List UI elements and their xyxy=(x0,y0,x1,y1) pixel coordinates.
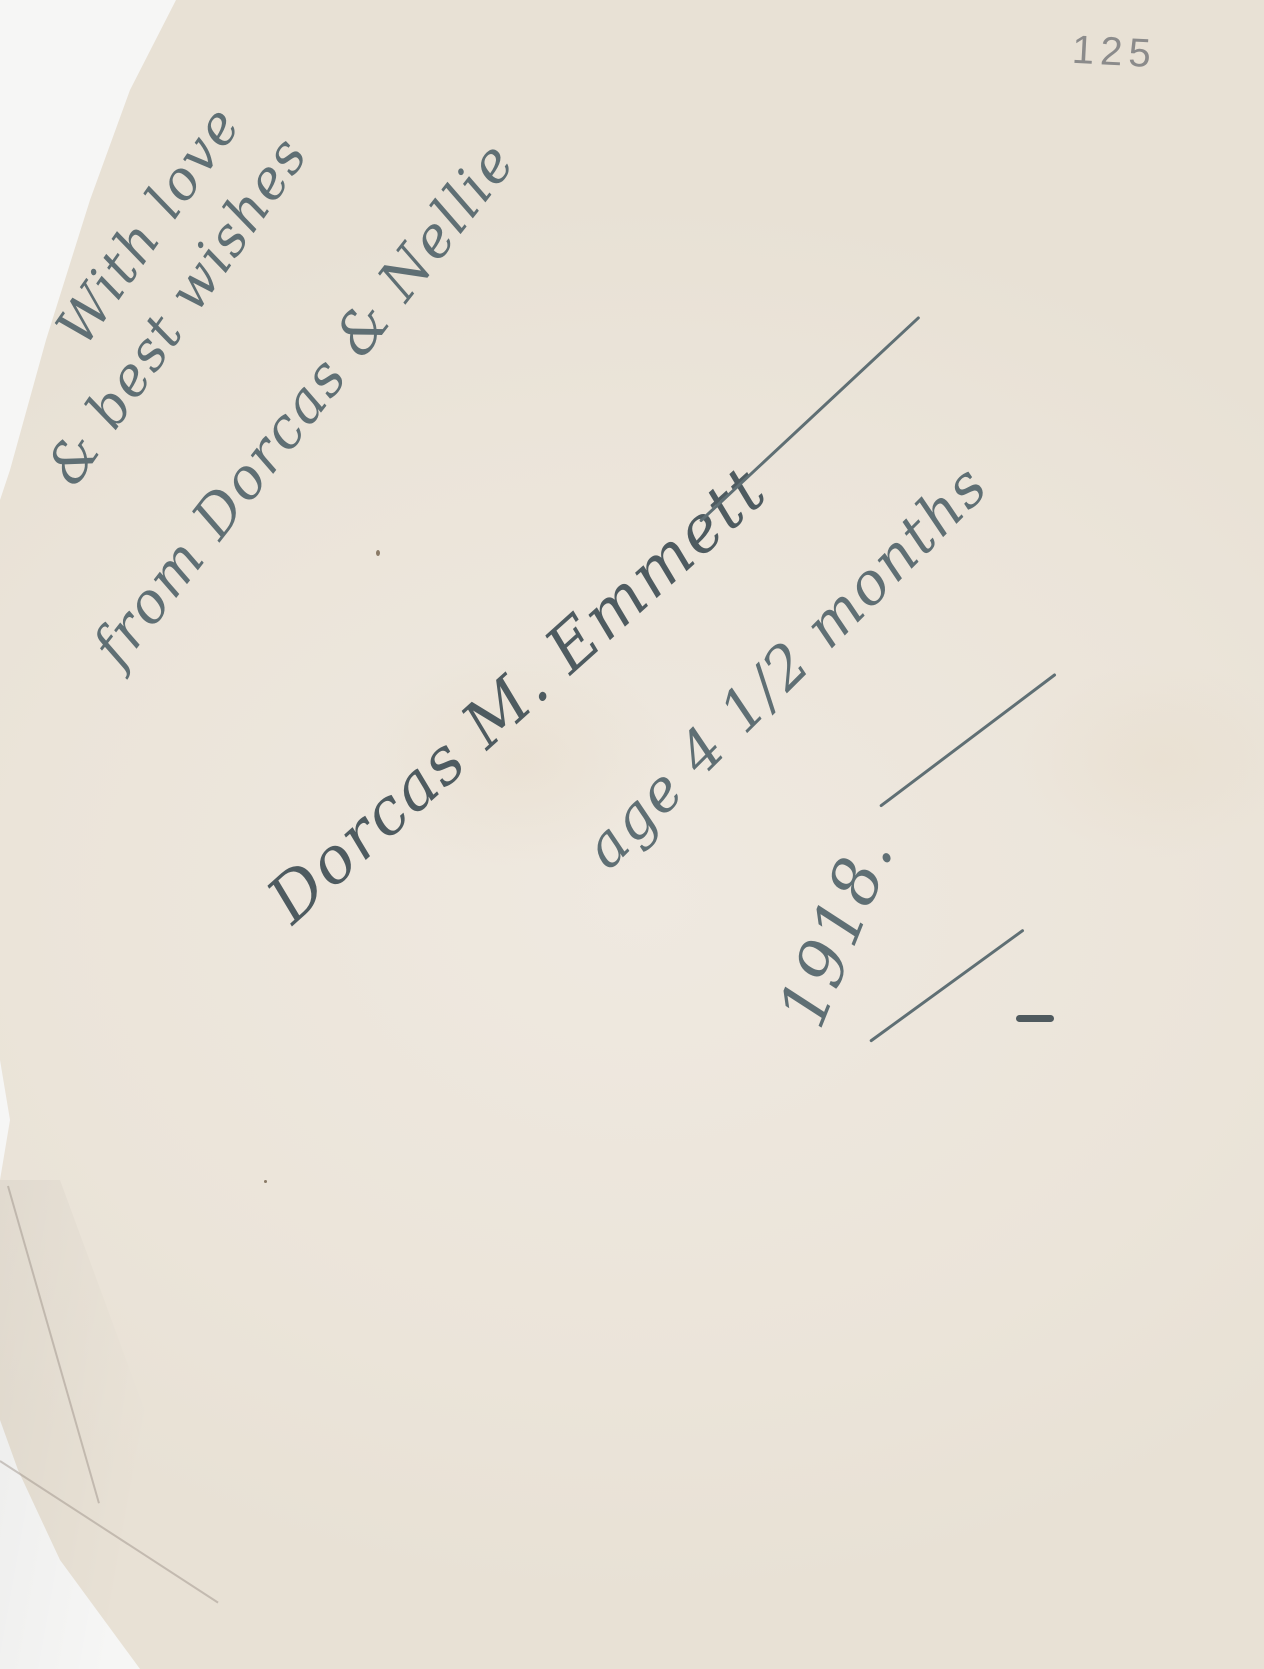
paper-speck xyxy=(376,550,380,556)
year-dash xyxy=(1016,1015,1054,1022)
catalog-number: 125 xyxy=(1071,28,1158,77)
paper-speck xyxy=(264,1180,267,1183)
scan-background: 125 With love & best wishes from Dorcas … xyxy=(0,0,1264,1669)
